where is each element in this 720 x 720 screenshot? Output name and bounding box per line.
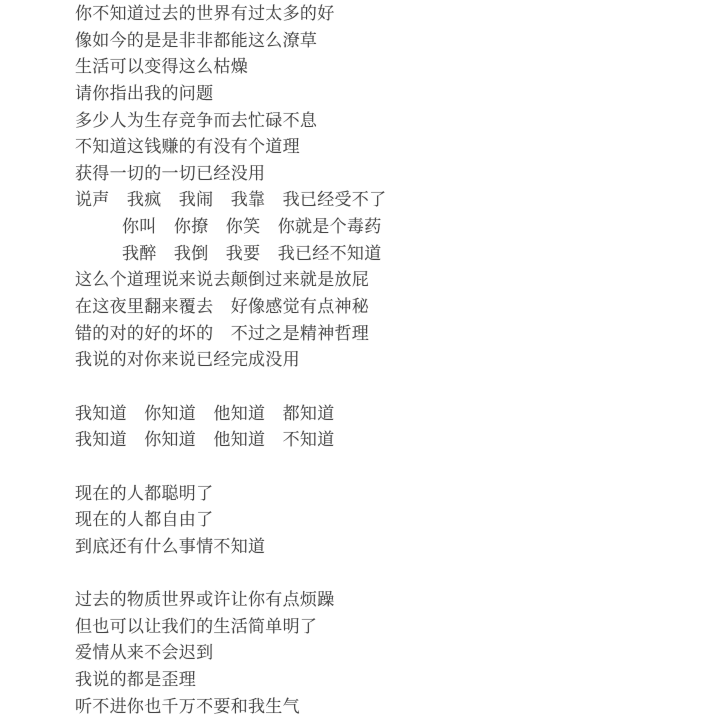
- lyric-line: 现在的人都自由了: [75, 507, 700, 534]
- lyric-line-indented: 我醉 我倒 我要 我已经不知道: [75, 241, 700, 268]
- lyric-line: 我说的对你来说已经完成没用: [75, 347, 700, 374]
- lyrics-stanza-4: 过去的物质世界或许让你有点烦躁 但也可以让我们的生活简单明了 爱情从来不会迟到 …: [75, 587, 700, 720]
- lyrics-page: 你不知道过去的世界有过太多的好 像如今的是是非非都能这么潦草 生活可以变得这么枯…: [0, 0, 720, 720]
- lyric-line: 请你指出我的问题: [75, 81, 700, 108]
- lyric-line: 获得一切的一切已经没用: [75, 161, 700, 188]
- lyric-line: 现在的人都聪明了: [75, 481, 700, 508]
- lyric-line: 过去的物质世界或许让你有点烦躁: [75, 587, 700, 614]
- lyrics-stanza-1: 你不知道过去的世界有过太多的好 像如今的是是非非都能这么潦草 生活可以变得这么枯…: [75, 1, 700, 374]
- lyric-line: 错的对的好的坏的 不过之是精神哲理: [75, 321, 700, 348]
- lyric-line: 我知道 你知道 他知道 都知道: [75, 401, 700, 428]
- lyric-line: 生活可以变得这么枯燥: [75, 54, 700, 81]
- lyric-line: 到底还有什么事情不知道: [75, 534, 700, 561]
- lyric-line: 多少人为生存竞争而去忙碌不息: [75, 108, 700, 135]
- lyrics-stanza-2: 我知道 你知道 他知道 都知道 我知道 你知道 他知道 不知道: [75, 401, 700, 454]
- lyric-line: 但也可以让我们的生活简单明了: [75, 614, 700, 641]
- lyric-line: 像如今的是是非非都能这么潦草: [75, 28, 700, 55]
- lyric-line-indented: 你叫 你撩 你笑 你就是个毒药: [75, 214, 700, 241]
- lyric-line: 我知道 你知道 他知道 不知道: [75, 427, 700, 454]
- lyrics-stanza-3: 现在的人都聪明了 现在的人都自由了 到底还有什么事情不知道: [75, 481, 700, 561]
- lyric-line: 你不知道过去的世界有过太多的好: [75, 1, 700, 28]
- lyric-line: 说声 我疯 我闹 我靠 我已经受不了: [75, 187, 700, 214]
- lyric-line: 我说的都是歪理: [75, 667, 700, 694]
- lyric-line: 这么个道理说来说去颠倒过来就是放屁: [75, 267, 700, 294]
- lyric-line: 在这夜里翻来覆去 好像感觉有点神秘: [75, 294, 700, 321]
- lyric-line: 听不进你也千万不要和我生气: [75, 694, 700, 720]
- lyric-line: 不知道这钱赚的有没有个道理: [75, 134, 700, 161]
- lyric-line: 爱情从来不会迟到: [75, 640, 700, 667]
